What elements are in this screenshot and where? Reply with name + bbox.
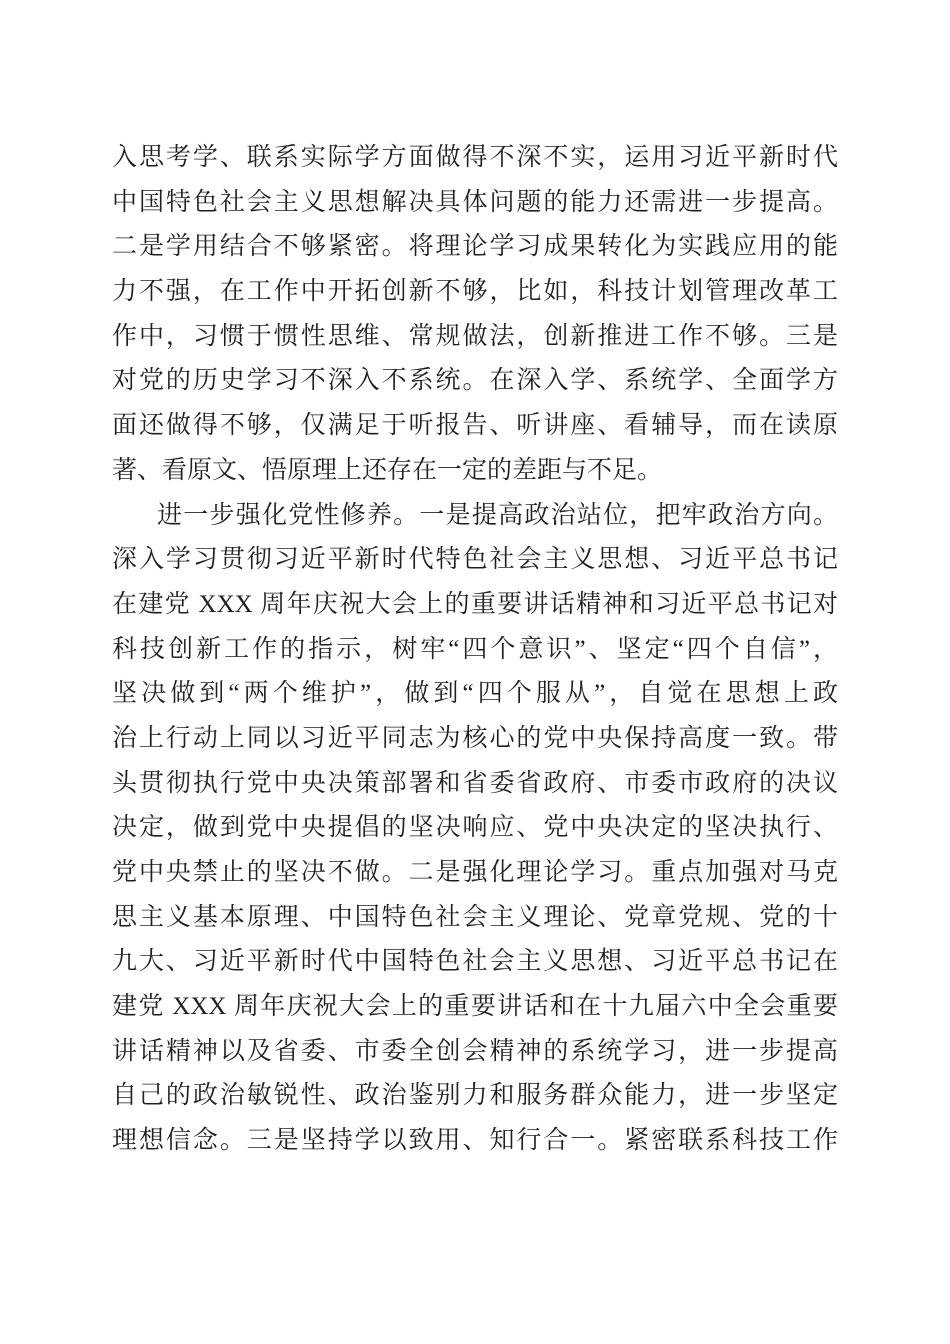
text-line: 科技创新工作的指示，树牢“四个意识”、坚定“四个自信”， [112,628,838,673]
paragraph-continuation: 入思考学、联系实际学方面做得不深不实，运用习近平新时代 中国特色社会主义思想解决… [112,136,838,494]
text-line: 自己的政治敏锐性、政治鉴别力和服务群众能力，进一步坚定 [112,1074,838,1119]
text-line: 党中央禁止的坚决不做。二是强化理论学习。重点加强对马克 [112,851,838,896]
text-line: 九大、习近平新时代中国特色社会主义思想、习近平总书记在 [112,940,838,985]
text-line: 面还做得不够，仅满足于听报告、听讲座、看辅导，而在读原 [112,404,838,449]
text-line: 思主义基本原理、中国特色社会主义理论、党章党规、党的十 [112,896,838,941]
text-line: 讲话精神以及省委、市委全创会精神的系统学习，进一步提高 [112,1030,838,1075]
text-line: 进一步强化党性修养。一是提高政治站位，把牢政治方向。 [112,494,838,539]
text-line: 深入学习贯彻习近平新时代特色社会主义思想、习近平总书记 [112,538,838,583]
text-line: 著、看原文、悟原理上还存在一定的差距与不足。 [112,449,838,494]
text-line: 对党的历史学习不深入不系统。在深入学、系统学、全面学方 [112,359,838,404]
text-line: 入思考学、联系实际学方面做得不深不实，运用习近平新时代 [112,136,838,181]
text-line: 治上行动上同以习近平同志为核心的党中央保持高度一致。带 [112,717,838,762]
text-line: 作中，习惯于惯性思维、常规做法，创新推进工作不够。三是 [112,315,838,360]
document-text-block: 入思考学、联系实际学方面做得不深不实，运用习近平新时代 中国特色社会主义思想解决… [112,136,838,1164]
paragraph-party-spirit: 进一步强化党性修养。一是提高政治站位，把牢政治方向。 深入学习贯彻习近平新时代特… [112,494,838,1164]
text-line: 决定，做到党中央提倡的坚决响应、党中央决定的坚决执行、 [112,806,838,851]
text-line: 坚决做到“两个维护”，做到“四个服从”，自觉在思想上政 [112,672,838,717]
text-line: 中国特色社会主义思想解决具体问题的能力还需进一步提高。 [112,181,838,226]
text-line: 建党 XXX 周年庆祝大会上的重要讲话和在十九届六中全会重要 [112,985,838,1030]
document-page: 入思考学、联系实际学方面做得不深不实，运用习近平新时代 中国特色社会主义思想解决… [0,0,950,1344]
text-line: 力不强，在工作中开拓创新不够，比如，科技计划管理改革工 [112,270,838,315]
text-line: 理想信念。三是坚持学以致用、知行合一。紧密联系科技工作 [112,1119,838,1164]
text-line: 头贯彻执行党中央决策部署和省委省政府、市委市政府的决议 [112,762,838,807]
text-line: 在建党 XXX 周年庆祝大会上的重要讲话精神和习近平总书记对 [112,583,838,628]
text-line: 二是学用结合不够紧密。将理论学习成果转化为实践应用的能 [112,225,838,270]
